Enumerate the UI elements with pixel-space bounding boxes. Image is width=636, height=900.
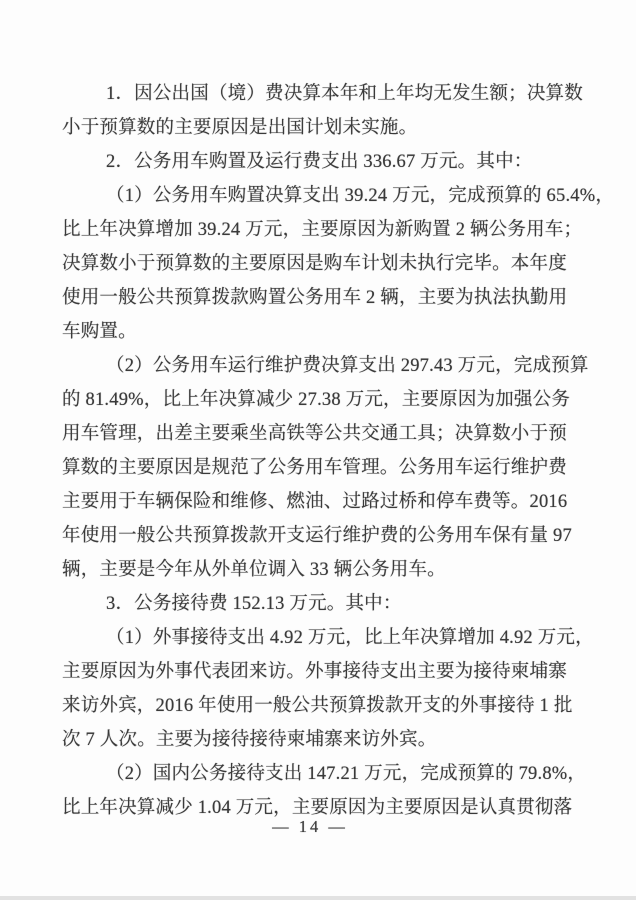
text-line: 2．公务用车购置及运行费支出 336.67 万元。其中： [62, 145, 558, 179]
text-line: 1．因公出国（境）费决算本年和上年均无发生额；决算数 [62, 77, 558, 111]
text-line: 次 7 人次。主要为接待接待柬埔寨来访外宾。 [62, 723, 558, 757]
text-line: 年使用一般公共预算拨款开支运行维护费的公务用车保有量 97 [62, 519, 558, 553]
text-line: （1）公务用车购置决算支出 39.24 万元，完成预算的 65.4%， [62, 179, 558, 213]
scan-bottom-edge [0, 896, 636, 900]
text-line: 来访外宾，2016 年使用一般公共预算拨款开支的外事接待 1 批 [62, 689, 558, 723]
text-line: 主要用于车辆保险和维修、燃油、过路过桥和停车费等。2016 [62, 485, 558, 519]
text-line: （1）外事接待支出 4.92 万元，比上年决算增加 4.92 万元， [62, 621, 558, 655]
text-line: 算数的主要原因是规范了公务用车管理。公务用车运行维护费 [62, 451, 558, 485]
text-line: 小于预算数的主要原因是出国计划未实施。 [62, 111, 558, 145]
page-number: — 14 — [62, 817, 558, 837]
text-line: 比上年决算增加 39.24 万元，主要原因为新购置 2 辆公务用车； [62, 213, 558, 247]
text-line: 的 81.49%，比上年决算减少 27.38 万元，主要原因为加强公务 [62, 383, 558, 417]
document-page: 1．因公出国（境）费决算本年和上年均无发生额；决算数小于预算数的主要原因是出国计… [0, 0, 636, 900]
text-line: 主要原因为外事代表团来访。外事接待支出主要为接待柬埔寨 [62, 655, 558, 689]
text-line: （2）国内公务接待支出 147.21 万元，完成预算的 79.8%， [62, 757, 558, 791]
text-body: 1．因公出国（境）费决算本年和上年均无发生额；决算数小于预算数的主要原因是出国计… [62, 77, 558, 825]
text-line: 决算数小于预算数的主要原因是购车计划未执行完毕。本年度 [62, 247, 558, 281]
text-line: 车购置。 [62, 315, 558, 349]
text-line: 3．公务接待费 152.13 万元。其中： [62, 587, 558, 621]
text-line: 使用一般公共预算拨款购置公务用车 2 辆，主要为执法执勤用 [62, 281, 558, 315]
text-line: 用车管理，出差主要乘坐高铁等公共交通工具；决算数小于预 [62, 417, 558, 451]
text-line: （2）公务用车运行维护费决算支出 297.43 万元，完成预算 [62, 349, 558, 383]
text-line: 辆，主要是今年从外单位调入 33 辆公务用车。 [62, 553, 558, 587]
